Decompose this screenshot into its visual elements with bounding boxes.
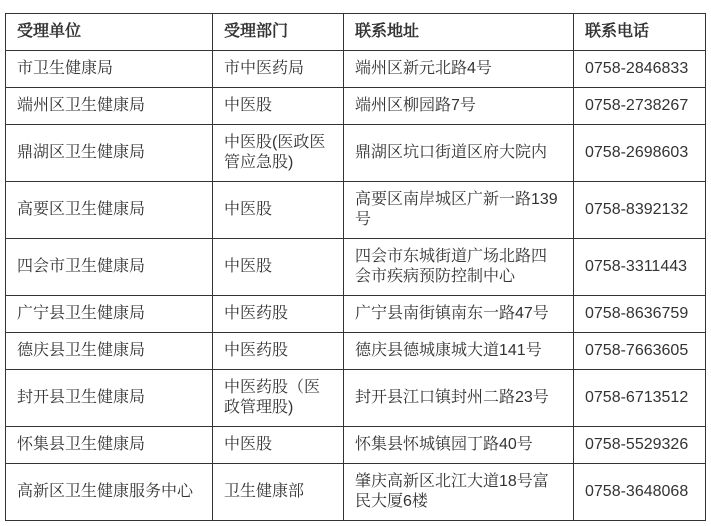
cell-unit: 高要区卫生健康局 — [6, 182, 213, 239]
cell-address: 怀集县怀城镇园丁路40号 — [344, 427, 574, 464]
table-row: 德庆县卫生健康局 中医药股 德庆县德城康城大道141号 0758-7663605 — [6, 333, 706, 370]
cell-department: 中医药股（医政管理股) — [213, 370, 344, 427]
cell-phone: 0758-3648068 — [574, 464, 706, 521]
table-row: 高新区卫生健康服务中心 卫生健康部 肇庆高新区北江大道18号富民大厦6楼 075… — [6, 464, 706, 521]
header-row: 受理单位 受理部门 联系地址 联系电话 — [6, 14, 706, 51]
cell-unit: 鼎湖区卫生健康局 — [6, 125, 213, 182]
cell-phone: 0758-8636759 — [574, 296, 706, 333]
column-header-unit: 受理单位 — [6, 14, 213, 51]
table-row: 广宁县卫生健康局 中医药股 广宁县南街镇南东一路47号 0758-8636759 — [6, 296, 706, 333]
cell-phone: 0758-2698603 — [574, 125, 706, 182]
cell-address: 鼎湖区坑口街道区府大院内 — [344, 125, 574, 182]
cell-department: 中医股 — [213, 239, 344, 296]
cell-department: 市中医药局 — [213, 51, 344, 88]
cell-unit: 市卫生健康局 — [6, 51, 213, 88]
cell-phone: 0758-6713512 — [574, 370, 706, 427]
table-row: 鼎湖区卫生健康局 中医股(医政医管应急股) 鼎湖区坑口街道区府大院内 0758-… — [6, 125, 706, 182]
cell-address: 肇庆高新区北江大道18号富民大厦6楼 — [344, 464, 574, 521]
cell-phone: 0758-2738267 — [574, 88, 706, 125]
cell-department: 中医药股 — [213, 296, 344, 333]
cell-department: 卫生健康部 — [213, 464, 344, 521]
cell-department: 中医股 — [213, 427, 344, 464]
table-row: 四会市卫生健康局 中医股 四会市东城街道广场北路四会市疾病预防控制中心 0758… — [6, 239, 706, 296]
cell-phone: 0758-7663605 — [574, 333, 706, 370]
cell-address: 高要区南岸城区广新一路139号 — [344, 182, 574, 239]
cell-department: 中医药股 — [213, 333, 344, 370]
cell-department: 中医股 — [213, 88, 344, 125]
cell-phone: 0758-2846833 — [574, 51, 706, 88]
cell-address: 广宁县南街镇南东一路47号 — [344, 296, 574, 333]
cell-department: 中医股(医政医管应急股) — [213, 125, 344, 182]
cell-phone: 0758-8392132 — [574, 182, 706, 239]
column-header-department: 受理部门 — [213, 14, 344, 51]
cell-unit: 怀集县卫生健康局 — [6, 427, 213, 464]
contact-table: 受理单位 受理部门 联系地址 联系电话 市卫生健康局 市中医药局 端州区新元北路… — [5, 13, 706, 521]
cell-phone: 0758-5529326 — [574, 427, 706, 464]
cell-address: 德庆县德城康城大道141号 — [344, 333, 574, 370]
cell-unit: 四会市卫生健康局 — [6, 239, 213, 296]
cell-address: 端州区新元北路4号 — [344, 51, 574, 88]
cell-address: 四会市东城街道广场北路四会市疾病预防控制中心 — [344, 239, 574, 296]
table-row: 市卫生健康局 市中医药局 端州区新元北路4号 0758-2846833 — [6, 51, 706, 88]
table-row: 高要区卫生健康局 中医股 高要区南岸城区广新一路139号 0758-839213… — [6, 182, 706, 239]
column-header-address: 联系地址 — [344, 14, 574, 51]
table-row: 怀集县卫生健康局 中医股 怀集县怀城镇园丁路40号 0758-5529326 — [6, 427, 706, 464]
cell-unit: 封开县卫生健康局 — [6, 370, 213, 427]
table-row: 端州区卫生健康局 中医股 端州区柳园路7号 0758-2738267 — [6, 88, 706, 125]
cell-phone: 0758-3311443 — [574, 239, 706, 296]
cell-address: 封开县江口镇封州二路23号 — [344, 370, 574, 427]
cell-unit: 广宁县卫生健康局 — [6, 296, 213, 333]
page: 受理单位 受理部门 联系地址 联系电话 市卫生健康局 市中医药局 端州区新元北路… — [0, 0, 711, 526]
cell-department: 中医股 — [213, 182, 344, 239]
cell-unit: 端州区卫生健康局 — [6, 88, 213, 125]
cell-address: 端州区柳园路7号 — [344, 88, 574, 125]
table-row: 封开县卫生健康局 中医药股（医政管理股) 封开县江口镇封州二路23号 0758-… — [6, 370, 706, 427]
column-header-phone: 联系电话 — [574, 14, 706, 51]
cell-unit: 高新区卫生健康服务中心 — [6, 464, 213, 521]
cell-unit: 德庆县卫生健康局 — [6, 333, 213, 370]
